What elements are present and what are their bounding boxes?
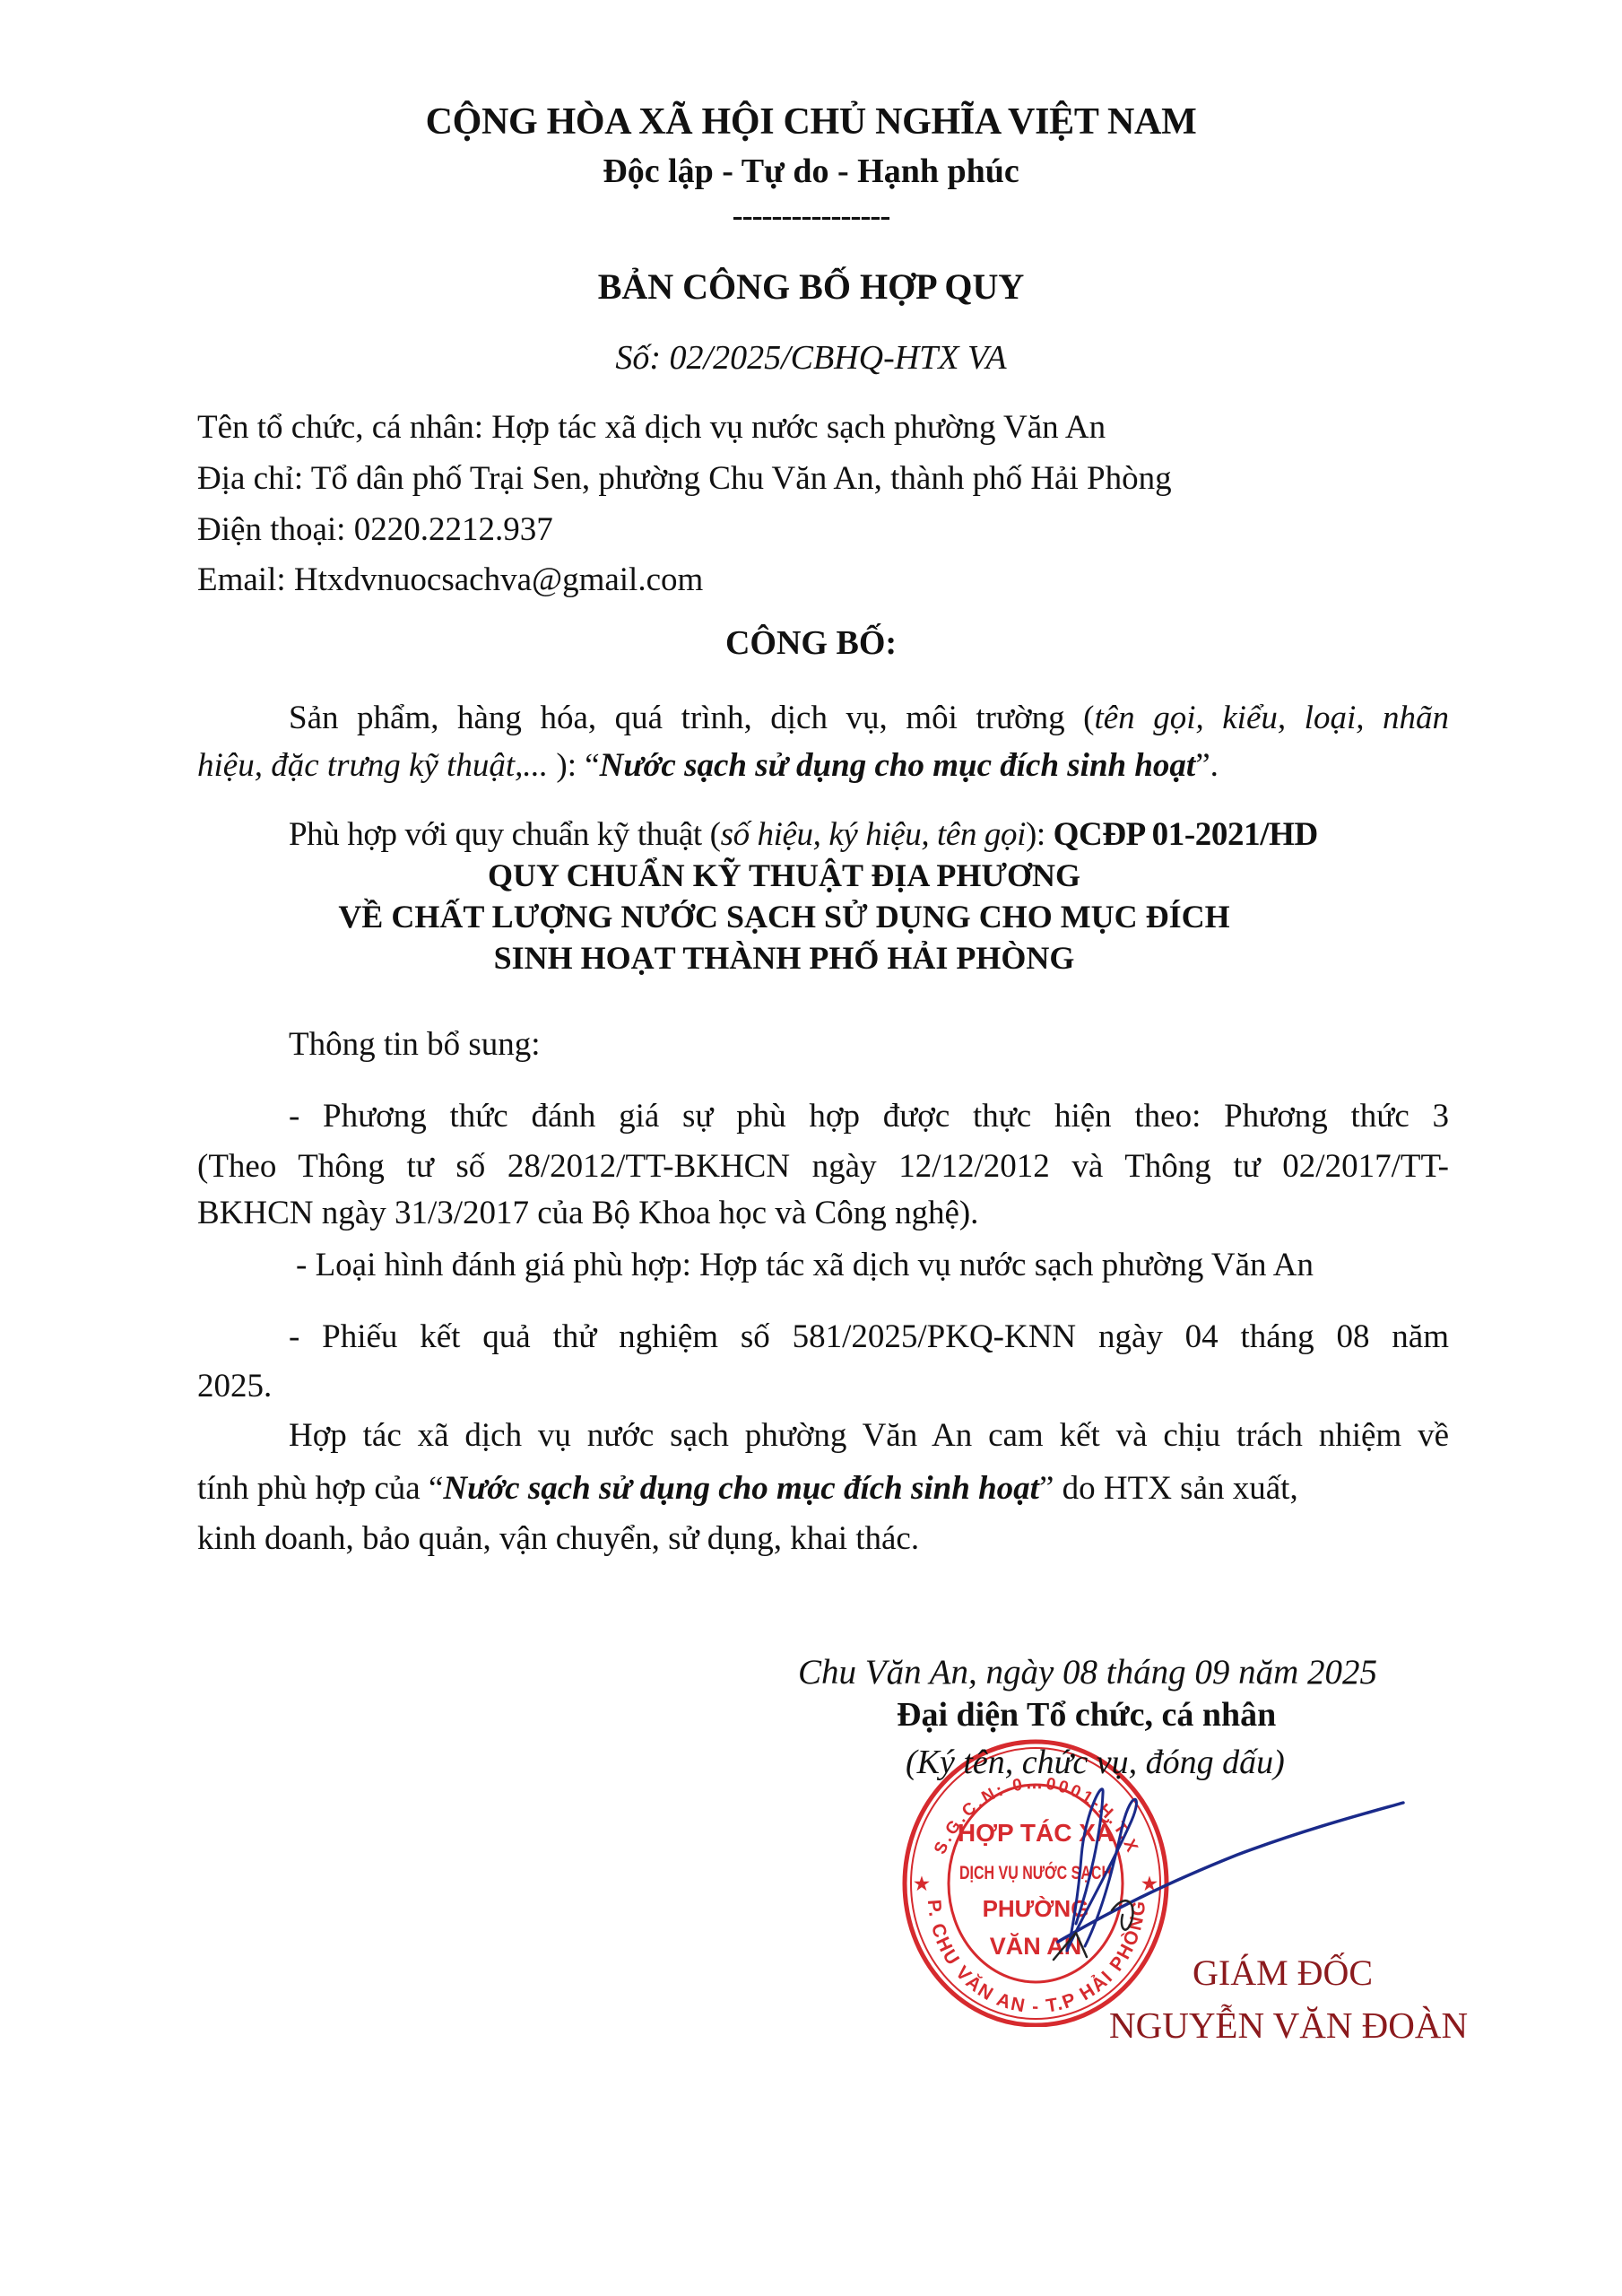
additional-info-heading: Thông tin bổ sung: <box>289 1028 541 1061</box>
national-motto: Độc lập - Tự do - Hạnh phúc <box>0 154 1622 188</box>
product-hint-italic-2: hiệu, đặc trưng kỹ thuật,... <box>197 747 556 784</box>
org-name-value: Hợp tác xã dịch vụ nước sạch phường Văn … <box>491 409 1106 446</box>
method-line-2: (Theo Thông tư số 28/2012/TT-BKHCN ngày … <box>197 1150 1449 1183</box>
test-report-line-2: 2025. <box>197 1370 272 1403</box>
signer-name: NGUYỄN VĂN ĐOÀN <box>1109 2007 1468 2044</box>
org-phone-row: Điện thoại: 0220.2212.937 <box>197 513 553 546</box>
conformity-text: Phù hợp với quy chuẩn kỹ thuật ( <box>289 816 721 853</box>
product-text: Sản phẩm, hàng hóa, quá trình, dịch vụ, … <box>289 700 1094 736</box>
commitment-end: ” do HTX sản xuất, <box>1039 1470 1298 1507</box>
representative-label: Đại diện Tổ chức, cá nhân <box>897 1698 1276 1732</box>
assessment-type: - Loại hình đánh giá phù hợp: Hợp tác xã… <box>296 1248 1314 1282</box>
org-name-row: Tên tổ chức, cá nhân: Hợp tác xã dịch vụ… <box>197 411 1106 444</box>
commitment-product: Nước sạch sử dụng cho mục đích sinh hoạt <box>443 1470 1039 1507</box>
place-date: Chu Văn An, ngày 08 tháng 09 năm 2025 <box>798 1655 1377 1690</box>
org-phone-value: 0220.2212.937 <box>354 511 553 548</box>
product-colon: ): “ <box>556 747 599 784</box>
org-email-label: Email: <box>197 561 286 598</box>
org-email-row: Email: Htxdvnuocsachva@gmail.com <box>197 563 703 596</box>
org-name-label: Tên tổ chức, cá nhân: <box>197 409 483 446</box>
declaration-heading: CÔNG BỐ: <box>0 626 1622 660</box>
product-name: Nước sạch sử dụng cho mục đích sinh hoạt <box>600 747 1196 784</box>
nation-heading: CỘNG HÒA XÃ HỘI CHỦ NGHĨA VIỆT NAM <box>0 103 1622 141</box>
conformity-colon: ): <box>1026 816 1054 853</box>
signer-position: GIÁM ĐỐC <box>1193 1955 1373 1991</box>
org-address-label: Địa chỉ: <box>197 460 303 497</box>
org-address-row: Địa chỉ: Tổ dân phố Trại Sen, phường Chu… <box>197 462 1172 495</box>
method-line-3: BKHCN ngày 31/3/2017 của Bộ Khoa học và … <box>197 1196 978 1230</box>
commitment-line-2: tính phù hợp của “Nước sạch sử dụng cho … <box>197 1472 1298 1505</box>
method-line-1: - Phương thức đánh giá sự phù hợp được t… <box>289 1100 1449 1133</box>
product-line-1: Sản phẩm, hàng hóa, quá trình, dịch vụ, … <box>289 701 1449 735</box>
standard-name-line-2: VỀ CHẤT LƯỢNG NƯỚC SẠCH SỬ DỤNG CHO MỤC … <box>0 900 1595 933</box>
commitment-line-3: kinh doanh, bảo quản, vận chuyển, sử dụn… <box>197 1522 919 1555</box>
commitment-line-1: Hợp tác xã dịch vụ nước sạch phường Văn … <box>289 1419 1449 1452</box>
standard-code: QCĐP 01-2021/HD <box>1054 816 1318 853</box>
header-separator: ---------------- <box>0 199 1622 231</box>
standard-name-line-3: SINH HOẠT THÀNH PHỐ HẢI PHÒNG <box>0 942 1595 974</box>
commitment-text: tính phù hợp của “ <box>197 1470 443 1507</box>
standard-name-line-1: QUY CHUẨN KỸ THUẬT ĐỊA PHƯƠNG <box>0 859 1595 891</box>
org-address-value: Tổ dân phố Trại Sen, phường Chu Văn An, … <box>311 460 1172 497</box>
product-line-2: hiệu, đặc trưng kỹ thuật,... ): “Nước sạ… <box>197 749 1219 782</box>
product-end: ”. <box>1195 747 1219 784</box>
org-phone-label: Điện thoại: <box>197 511 345 548</box>
document-title: BẢN CÔNG BỐ HỢP QUY <box>0 269 1622 305</box>
org-email-value[interactable]: Htxdvnuocsachva@gmail.com <box>294 561 703 598</box>
product-hint-italic: tên gọi, kiểu, loại, nhãn <box>1094 700 1449 736</box>
conformity-hint: số hiệu, ký hiệu, tên gọi <box>721 816 1026 853</box>
conformity-line: Phù hợp với quy chuẩn kỹ thuật (số hiệu,… <box>289 818 1318 851</box>
test-report-line-1: - Phiếu kết quả thử nghiệm số 581/2025/P… <box>289 1320 1449 1353</box>
document-number: Số: 02/2025/CBHQ-HTX VA <box>0 341 1622 375</box>
